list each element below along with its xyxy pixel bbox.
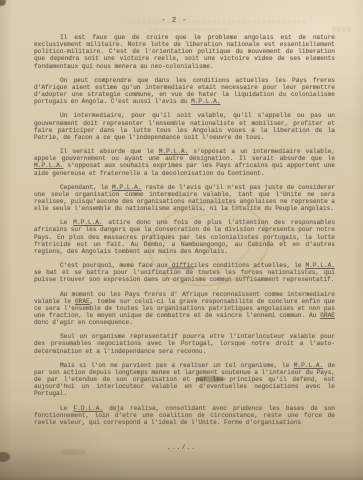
bleed-through-text xyxy=(150,28,230,31)
paragraph: On peut comprendre que dans les conditio… xyxy=(34,77,335,106)
paragraph: Il serait absurde que le M.P.L.A. s'oppo… xyxy=(34,148,335,177)
paragraph: Le F.D.L.A. deja realise, consolidant av… xyxy=(34,405,335,426)
corner-ink-spot xyxy=(0,0,6,6)
bleed-through-text xyxy=(333,27,353,32)
paragraph: Seul un organisme representatif pourra e… xyxy=(34,333,335,354)
paragraph: Cependant, le M.P.L.A. reste de l'avis q… xyxy=(34,184,335,213)
page-number: - 2 - xyxy=(0,17,349,25)
continuation-mark: .../.. xyxy=(0,444,363,451)
paragraph: Mais si l'on ne parvient pas a realiser … xyxy=(34,362,335,398)
paragraph: Le M.P.L.A. attire donc une fois de plus… xyxy=(34,219,335,255)
paragraph: Il est faux que de croire que le problem… xyxy=(34,34,335,70)
paragraph: Au moment ou les Pays freres d' Afrique … xyxy=(34,291,335,327)
paragraph: Un intermediaire, pour qu'il soit valabl… xyxy=(34,112,335,141)
scanned-document-page: - 2 - Il est faux que de croire que le p… xyxy=(0,0,363,480)
paragraph: C'est pourquoi, meme face aux difficiles… xyxy=(34,262,335,283)
document-body: Il est faux que de croire que le problem… xyxy=(34,34,335,433)
ink-smudge xyxy=(0,452,10,462)
